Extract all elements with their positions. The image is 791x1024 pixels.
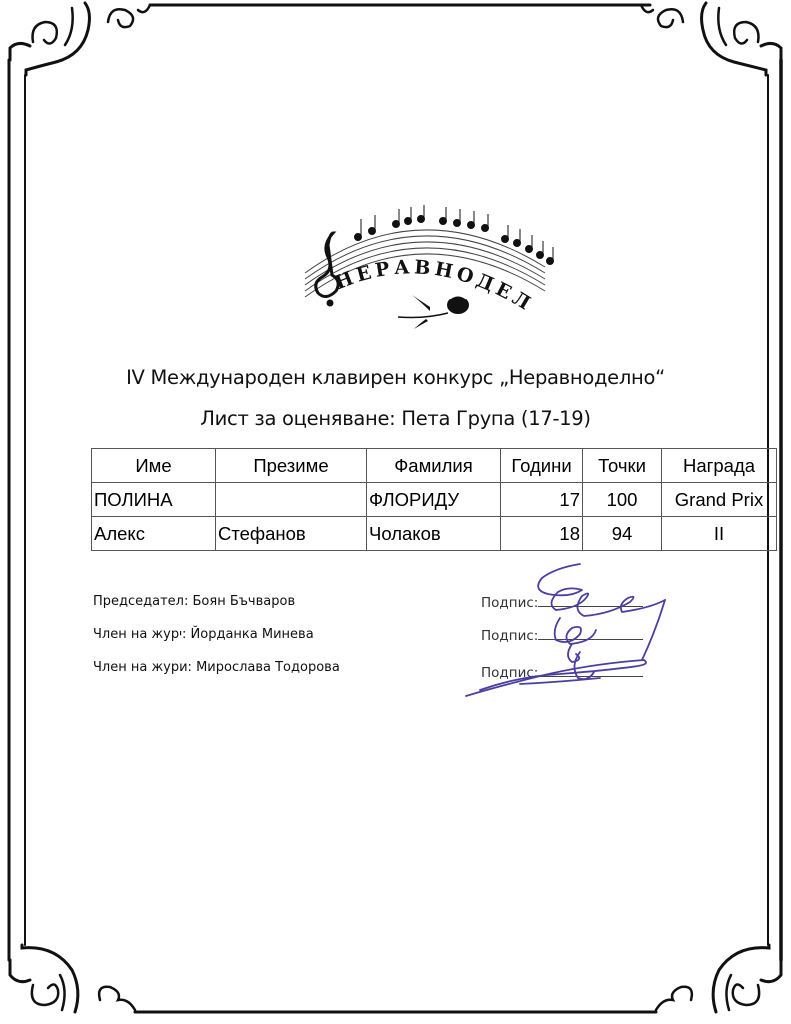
jury-chairman: Председател: Боян Бъчваров (93, 594, 295, 609)
signature-label: Подпис: (481, 665, 538, 681)
sheet-subtitle: Лист за оценяване: Пета Група (17-19) (0, 407, 791, 430)
column-header-age: Години (501, 449, 583, 483)
signature-underline (538, 594, 643, 607)
cell-award: II (662, 517, 777, 551)
cell-middle-name (216, 483, 367, 517)
jury-member-2: Член на жури: Мирослава Тодорова (93, 660, 340, 675)
table-row: Алекс Стефанов Чолаков 18 94 II (92, 517, 777, 551)
cell-middle-name: Стефанов (216, 517, 367, 551)
cell-last-name: ФЛОРИДУ (367, 483, 501, 517)
cell-first-name: ПОЛИНА (92, 483, 216, 517)
rose-icon (398, 295, 469, 329)
signature-line-chairman: Подпис: (481, 594, 643, 611)
signature-underline (538, 664, 643, 677)
signature-label: Подпис: (481, 595, 538, 611)
cell-points: 94 (583, 517, 662, 551)
cell-age: 18 (501, 517, 583, 551)
contest-title: IV Международен клавирен конкурс „Неравн… (0, 366, 791, 389)
signature-line-member-2: Подпис: (481, 664, 643, 681)
jury-member-1: Член на журי: Йорданка Минева (93, 627, 314, 642)
contest-logo: НЕРАВНОДЕЛНО (300, 195, 560, 330)
cell-age: 17 (501, 483, 583, 517)
signature-line-member-1: Подпис: (481, 627, 643, 644)
cell-points: 100 (583, 483, 662, 517)
column-header-points: Точки (583, 449, 662, 483)
column-header-first-name: Име (92, 449, 216, 483)
signature-label: Подпис: (481, 628, 538, 644)
column-header-last-name: Фамилия (367, 449, 501, 483)
signature-underline (538, 627, 643, 640)
table-header-row: Име Презиме Фамилия Години Точки Награда (92, 449, 777, 483)
cell-last-name: Чолаков (367, 517, 501, 551)
column-header-middle-name: Презиме (216, 449, 367, 483)
cell-first-name: Алекс (92, 517, 216, 551)
logo-text: НЕРАВНОДЕЛНО (300, 195, 538, 317)
column-header-award: Награда (662, 449, 777, 483)
cell-award: Grand Prix (662, 483, 777, 517)
table-row: ПОЛИНА ФЛОРИДУ 17 100 Grand Prix (92, 483, 777, 517)
results-table: Име Презиме Фамилия Години Точки Награда… (91, 448, 777, 551)
